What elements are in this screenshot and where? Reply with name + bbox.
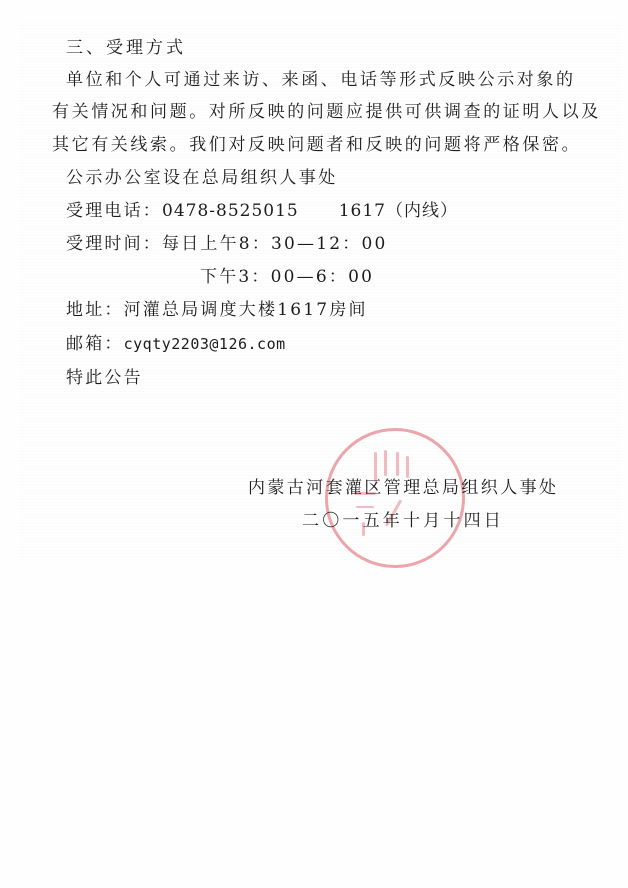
phone-line: 受理电话：0478-85250151617（内线） [66, 201, 458, 221]
address-label: 地址： [66, 300, 124, 320]
hours-label: 受理时间： [66, 234, 162, 254]
closing-remark: 特此公告 [66, 368, 143, 388]
address-value: 河灌总局调度大楼1617房间 [124, 300, 368, 320]
signature-organization: 内蒙古河套灌区管理总局组织人事处 [248, 478, 558, 498]
paragraph-line-3: 其它有关线索。我们对反映问题者和反映的问题将严格保密。 [52, 135, 581, 155]
signature-date: 二〇一五年十月十四日 [302, 511, 504, 531]
document-page: 三、受理方式 单位和个人可通过来访、来函、电话等形式反映公示对象的 有关情况和问… [0, 0, 628, 888]
address-line: 地址：河灌总局调度大楼1617房间 [66, 300, 368, 320]
email-value: cyqty2203@126.com [124, 335, 286, 353]
email-line: 邮箱：cyqty2203@126.com [66, 334, 286, 354]
email-label: 邮箱： [66, 334, 124, 354]
hours-afternoon: 下午3：00—6：00 [200, 267, 374, 287]
phone-number: 0478-8525015 [162, 201, 299, 221]
phone-extension: 1617（内线） [339, 201, 458, 221]
phone-label: 受理电话： [66, 201, 162, 221]
hours-morning: 每日上午8：30—12：00 [162, 234, 388, 254]
paragraph-line-2: 有关情况和问题。对所反映的问题应提供可供调查的证明人以及 [52, 102, 601, 122]
office-location: 公示办公室设在总局组织人事处 [66, 168, 338, 188]
official-seal-stamp [325, 428, 465, 568]
hours-line-morning: 受理时间：每日上午8：30—12：00 [66, 234, 388, 254]
section-heading: 三、受理方式 [66, 38, 186, 58]
paragraph-line-1: 单位和个人可通过来访、来函、电话等形式反映公示对象的 [66, 70, 576, 90]
